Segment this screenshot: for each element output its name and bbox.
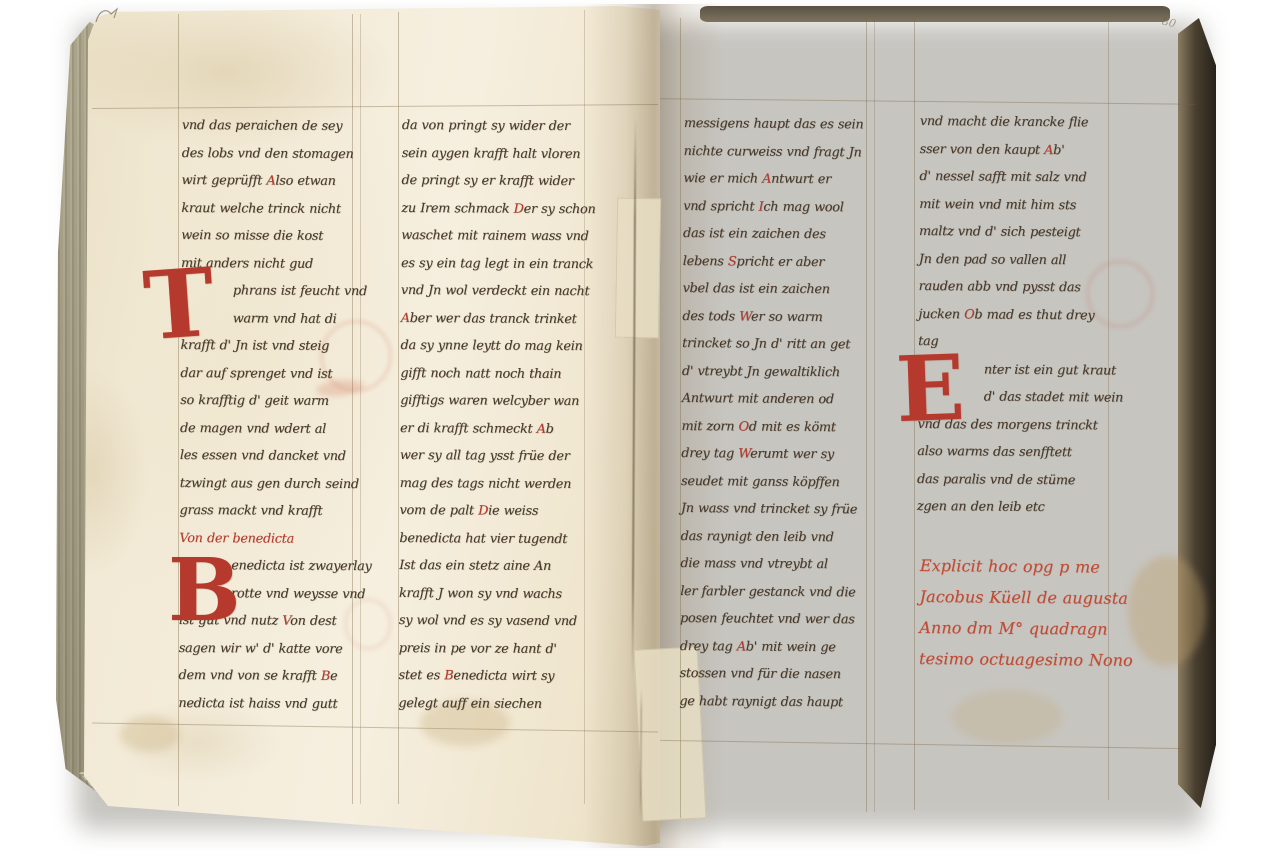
manuscript-line: de pringt sy er krafft wider [401,167,591,196]
rubricated-letter: V [282,614,290,629]
drop-cap-initial-B: B [168,548,241,634]
colophon: Explicit hoc opg p meJacobus Küell de au… [919,550,1170,676]
manuscript-line: gifftigs waren welcyber wan [400,387,590,416]
manuscript-line: so krafftig d' geit warm [180,387,356,416]
manuscript-line: ler farbler gestanck vnd die [680,577,866,606]
drop-cap-initial-T: T [141,256,217,355]
manuscript-line: gifft noch natt noch thain [400,359,590,388]
stain [120,716,180,752]
manuscript-line: stossen vnd für die nasen [679,660,865,689]
manuscript-line: de magen vnd wdert al [180,414,356,443]
manuscript-line: les essen vnd dancket vnd [180,442,356,471]
manuscript-line: Explicit hoc opg p me [920,550,1170,583]
manuscript-line: sser von den kaupt Ab' [920,135,1112,164]
manuscript-line: waschet mit rainem wass vnd [401,222,591,251]
manuscript-line: krafft J won sy vnd wachs [399,579,589,608]
manuscript-line: benedicta hat vier tugendt [399,524,589,553]
manuscript-line: wie er mich Antwurt er [683,165,869,194]
manuscript-line: preis in pe vor ze hant d' [399,634,589,663]
manuscript-line: da sy ynne leytt do mag kein [400,332,590,361]
manuscript-line: tzwingt aus gen durch seind [180,469,356,498]
rubricated-letter: A [266,174,275,189]
manuscript-line: zgen an den leib etc [917,493,1109,522]
manuscript-line: maltz vnd d' sich pesteigt [919,218,1111,247]
manuscript-line: nichte curweiss vnd fragt Jn [684,137,870,166]
manuscript-line: kraut welche trinck nicht [181,194,357,223]
rubricated-letter: I [759,199,764,214]
manuscript-line: posen feuchtet vnd wer das [680,605,866,634]
manuscript-line: Jacobus Küell de augusta [919,581,1169,614]
manuscript-line: gelegt auff ein siechen [398,689,588,718]
manuscript-line: Ist das ein stetz aine An [399,552,589,581]
manuscript-line: d' vtreybt Jn gewaltiklich [682,357,868,386]
pen-trial-mark [94,6,124,26]
repair-patch-top [615,198,661,339]
manuscript-line: da von pringt sy wider der [402,112,592,141]
manuscript-line: wein so misse die kost [181,222,357,251]
manuscript-line: nedicta ist haiss vnd gutt [178,689,354,718]
manuscript-line: trincket so Jn d' ritt an get [682,330,868,359]
manuscript-line: d' nessel safft mit salz vnd [919,163,1111,192]
manuscript-line: vnd Jn wol verdeckt ein nacht [401,277,591,306]
manuscript-line: lebens Spricht er aber [683,247,869,276]
manuscript-line: vbel das ist ein zaichen [682,275,868,304]
manuscript-line: Jn wass vnd trincket sy früe [681,495,867,524]
manuscript-line: vnd macht die krancke flie [920,108,1112,137]
manuscript-line: wer sy all tag ysst früe der [400,442,590,471]
manuscript-line: sein aygen krafft halt vloren [402,139,592,168]
manuscript-line: dem vnd von se krafft Be [178,662,354,691]
manuscript-line: rauden abb vnd pysst das [918,273,1110,302]
rubricated-letter: D [478,503,488,518]
manuscript-line: ge habt raynigt das haupt [679,687,865,716]
manuscript-line: wirt geprüfft Also etwan [181,167,357,196]
manuscript-line: dar auf sprenget vnd ist [180,359,356,388]
manuscript-line: das raynigt den leib vnd [681,522,867,551]
rubricated-letter: O [964,307,974,322]
text-column-2: da von pringt sy wider dersein aygen kra… [398,112,592,718]
manuscript-line: das ist ein zaichen des [683,220,869,249]
manuscript-line: des lobs vnd den stomagen [182,139,358,168]
manuscript-line: mit wein vnd mit him sts [919,190,1111,219]
rubricated-letter: S [728,254,737,269]
manuscript-line: vom de palt Die weiss [399,497,589,526]
rubricated-letter: D [514,201,524,216]
manuscript-line: also warms das senfftett [917,438,1109,467]
manuscript-line: vnd spricht Ich mag wool [683,192,869,221]
text-column-4: vnd macht die krancke fliesser von den k… [917,108,1112,522]
manuscript-line: vnd das peraichen de sey [182,112,358,141]
manuscript-line: drey tag Ab' mit wein ge [680,632,866,661]
rubricated-letter: B [321,669,330,684]
manuscript-line: die mass vnd vtreybt al [680,550,866,579]
manuscript-line: das paralis vnd de stüme [917,465,1109,494]
manuscript-line: drey tag Werumt wer sy [681,440,867,469]
manuscript-line: seudet mit ganss köpffen [681,467,867,496]
manuscript-line: mit zorn Od mit es kömt [681,412,867,441]
manuscript-line: mag des tags nicht werden [400,469,590,498]
manuscript-photo: 80 vnd das peraichen de seydes lobs vnd … [0,0,1280,860]
drop-cap-initial-E: E [894,343,966,435]
rubricated-letter: W [738,446,750,461]
rubricated-letter: O [739,419,749,434]
rubricated-letter: A [1044,142,1053,157]
manuscript-line: jucken Ob mad es thut drey [918,300,1110,329]
manuscript-line: stet es Benedicta wirt sy [398,662,588,691]
rubricated-letter: A [537,421,546,436]
manuscript-line: er di krafft schmeckt Ab [400,414,590,443]
rubricated-letter: A [401,310,410,325]
manuscript-line: des tods Wer so warm [682,302,868,331]
text-column-3: messigens haupt das es seinnichte curwei… [679,110,870,716]
rubricated-letter: W [739,309,751,324]
manuscript-line: messigens haupt das es sein [684,110,870,139]
manuscript-line: grass mackt vnd krafft [179,497,355,526]
rubricated-letter: B [444,668,453,683]
rubricated-letter: A [737,639,746,654]
manuscript-line: Jn den pad so vallen all [919,245,1111,274]
rubricated-letter: A [762,172,771,187]
manuscript-line: Aber wer das tranck trinket [401,304,591,333]
manuscript-line: Antwurt mit anderen od [682,385,868,414]
stain [952,690,1062,744]
manuscript-line: zu Irem schmack Der sy schon [401,194,591,223]
manuscript-line: tesimo octuagesimo Nono [919,643,1169,676]
manuscript-line: es sy ein tag legt in ein tranck [401,249,591,278]
manuscript-line: sy wol vnd es sy vasend vnd [399,607,589,636]
manuscript-line: Anno dm M° quadragn [919,612,1169,645]
